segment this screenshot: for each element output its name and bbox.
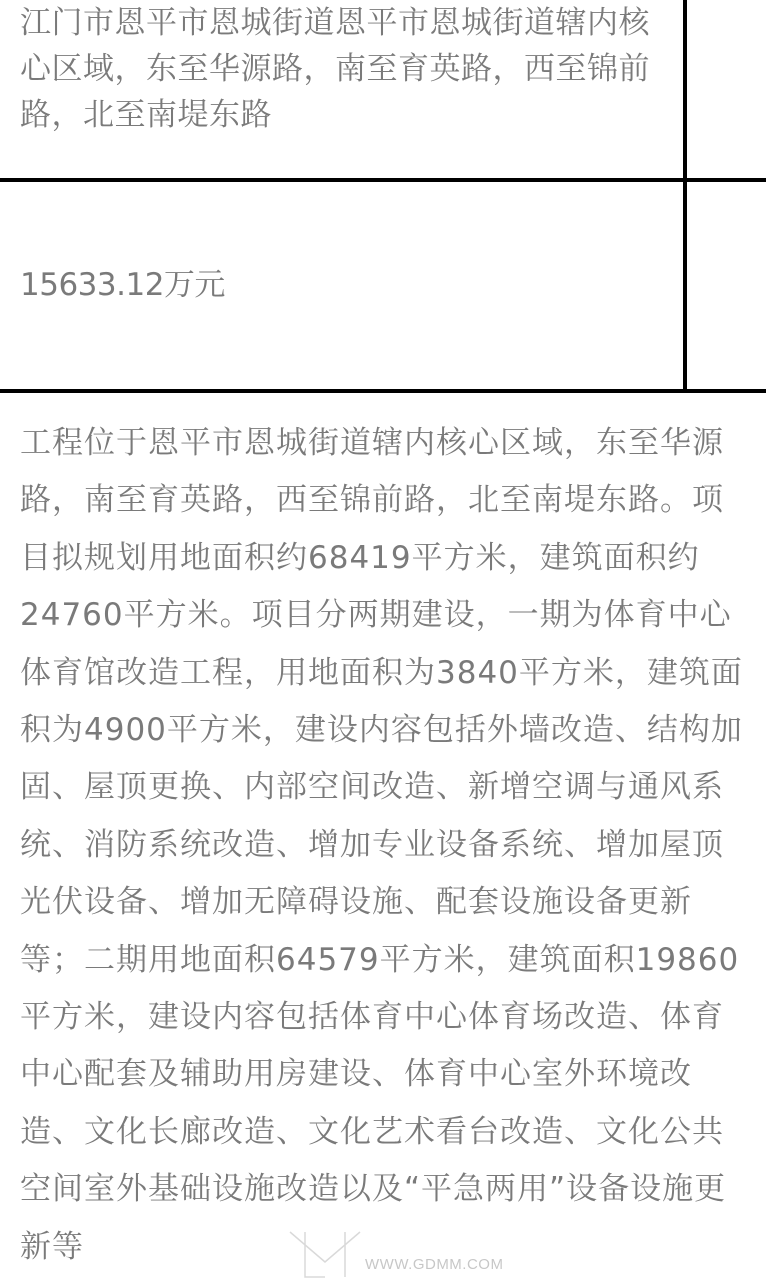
investment-amount-cell: 15633.12万元 xyxy=(20,262,225,308)
watermark-logo-icon xyxy=(285,1222,365,1280)
project-description: 工程位于恩平市恩城街道辖内核心区域，东至华源路，南至育英路，西至锦前路，北至南堤… xyxy=(20,415,755,1276)
table-row-divider xyxy=(0,178,766,182)
location-cell: 江门市恩平市恩城街道恩平市恩城街道辖内核心区域，东至华源路，南至育英路，西至锦前… xyxy=(20,0,670,138)
watermark: WWW.GDMM.COM xyxy=(285,1222,500,1280)
project-info-table: 江门市恩平市恩城街道恩平市恩城街道辖内核心区域，东至华源路，南至育英路，西至锦前… xyxy=(0,0,766,392)
watermark-url: WWW.GDMM.COM xyxy=(365,1256,503,1273)
table-bottom-border xyxy=(0,389,766,393)
table-column-divider xyxy=(683,0,687,392)
